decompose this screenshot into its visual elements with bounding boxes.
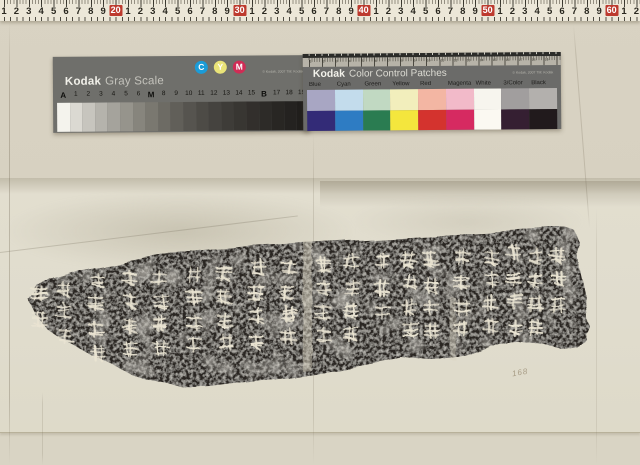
color-patch-label: Blue	[307, 82, 335, 88]
digitized-rubbing-scan: 1234567892012345678930123456789401234567…	[0, 0, 640, 465]
patch-Black-saturated	[529, 109, 557, 130]
gray-step-label: 5	[120, 90, 133, 99]
gray-step-patch-2	[82, 103, 95, 132]
gray-step-label: 2	[82, 91, 95, 100]
patch-Green-saturated	[363, 110, 391, 131]
gray-step-patch-13	[221, 102, 234, 131]
gray-step-patch-17	[271, 101, 284, 130]
gray-step-label: 15	[245, 89, 258, 98]
gray-step-label: 8	[157, 90, 170, 99]
gray-step-label: 11	[195, 90, 208, 99]
mini-ruler-number: 12	[453, 59, 457, 63]
mini-ruler-number: 18	[532, 58, 536, 62]
gray-scale-step-labels: A123456M89101112131415B171819	[57, 89, 308, 100]
color-patch-label: Green	[362, 81, 390, 87]
registration-circle-y: Y	[214, 61, 227, 74]
gray-step-patch-18	[284, 101, 297, 130]
mini-ruler-number: 3	[336, 60, 338, 64]
mini-ruler-number: 10	[427, 59, 431, 63]
color-patch-labels: BlueCyanGreenYellowRedMagentaWhite3/Colo…	[307, 80, 557, 88]
mini-ruler-number: 19	[545, 58, 549, 62]
mini-ruler-number: 15	[492, 58, 496, 62]
inscription-char	[31, 286, 47, 300]
color-bar-title: KodakColor Control Patches	[313, 67, 447, 80]
gray-step-patch-11	[196, 102, 209, 131]
patch-Magenta-pastel	[446, 89, 474, 110]
color-patch-label: Cyan	[335, 82, 363, 88]
gray-step-patch-10	[183, 102, 196, 131]
patch-Yellow-pastel	[390, 89, 418, 110]
registration-circle-m: M	[233, 61, 246, 74]
gray-step-label: 1	[70, 91, 83, 100]
color-patch-label: 3/Color	[501, 80, 529, 86]
mini-ruler-number: 1	[310, 60, 312, 64]
gray-step-label: 4	[107, 90, 120, 99]
gray-step-label: 14	[233, 90, 246, 99]
color-patch-label: Black	[529, 80, 557, 86]
gray-step-label: 12	[208, 90, 221, 99]
gray-step-label: 3	[95, 91, 108, 100]
paper-crack	[303, 240, 312, 372]
mini-ruler-number: 9	[414, 59, 416, 63]
inscription-char	[346, 281, 359, 295]
gray-step-patch-1	[70, 103, 83, 132]
gray-step-label: 9	[170, 90, 183, 99]
mini-ruler-number: 8	[401, 59, 403, 63]
patch-Blue-saturated	[307, 110, 335, 131]
gray-step-patch-8	[158, 102, 171, 131]
mini-ruler-number: 4	[349, 60, 351, 64]
patch-Green-pastel	[363, 89, 391, 110]
mini-ruler-number: 17	[519, 58, 523, 62]
patch-Blue-pastel	[307, 90, 335, 111]
mini-ruler-number: 13	[466, 59, 470, 63]
color-patch-label: Yellow	[390, 81, 418, 87]
color-patch-grid	[307, 88, 557, 131]
gray-step-patch-B	[259, 101, 272, 130]
gray-step-label: 13	[220, 90, 233, 99]
gray-step-label: M	[145, 90, 158, 99]
gray-step-patch-A	[57, 103, 70, 132]
color-bar-mini-ruler: 12345678910111213141516171819	[303, 56, 561, 67]
patch-Red-pastel	[418, 89, 446, 110]
gray-step-patch-6	[133, 102, 146, 131]
color-patch-label: Red	[418, 81, 446, 87]
patch-Cyan-saturated	[335, 110, 363, 131]
kodak-logo: Kodak	[65, 76, 101, 88]
gray-step-patch-M	[145, 102, 158, 131]
patch-3Color-pastel	[501, 88, 529, 109]
gray-step-label: 6	[132, 90, 145, 99]
paper-crack	[450, 298, 456, 360]
mini-ruler-number: 16	[505, 58, 509, 62]
gray-step-patch-15	[246, 101, 259, 130]
registration-circle-c: C	[195, 61, 208, 74]
mini-ruler-number: 5	[362, 60, 364, 64]
color-bar-copyright: © Kodak, 2007 TM: Kodak	[512, 71, 553, 75]
gray-step-label: 18	[283, 89, 296, 98]
patch-Red-saturated	[418, 109, 446, 130]
gray-step-label: 10	[182, 90, 195, 99]
inscription-char	[124, 342, 138, 356]
gray-step-label: A	[57, 91, 70, 100]
color-patch-label: White	[474, 80, 502, 86]
patch-Yellow-saturated	[390, 110, 418, 131]
gray-step-patch-9	[170, 102, 183, 131]
gray-step-patch-5	[120, 102, 133, 131]
gray-step-patch-3	[95, 103, 108, 132]
cym-registration-marks: CYM	[195, 61, 246, 74]
gray-scale-patches	[57, 101, 309, 132]
gray-step-patch-12	[208, 102, 221, 131]
gray-step-label: 17	[270, 89, 283, 98]
mini-ruler-number: 7	[388, 59, 390, 63]
patch-3Color-saturated	[502, 109, 530, 130]
kodak-color-control-patches-bar: 12345678910111213141516171819 KodakColor…	[303, 52, 562, 131]
gray-step-patch-4	[107, 102, 120, 131]
gray-step-label: B	[258, 89, 271, 98]
patch-Magenta-saturated	[446, 109, 474, 130]
gray-scale-copyright: © Kodak, 2007 TM: Kodak	[262, 70, 303, 74]
patch-Black-pastel	[529, 88, 557, 109]
gray-step-patch-14	[233, 102, 246, 131]
mini-ruler-number: 14	[479, 59, 483, 63]
patch-Cyan-pastel	[335, 90, 363, 111]
mini-ruler-number: 6	[375, 59, 377, 63]
patch-White-saturated	[474, 109, 502, 130]
mini-ruler-number: 11	[440, 59, 443, 63]
kodak-logo: Kodak	[313, 68, 345, 80]
patch-White-pastel	[474, 88, 502, 109]
kodak-gray-scale-bar: KodakGray Scale CYM © Kodak, 2007 TM: Ko…	[53, 55, 311, 133]
color-patch-label: Magenta	[446, 81, 474, 87]
gray-scale-title: KodakGray Scale	[65, 75, 164, 88]
mini-ruler-number: 2	[323, 60, 325, 64]
